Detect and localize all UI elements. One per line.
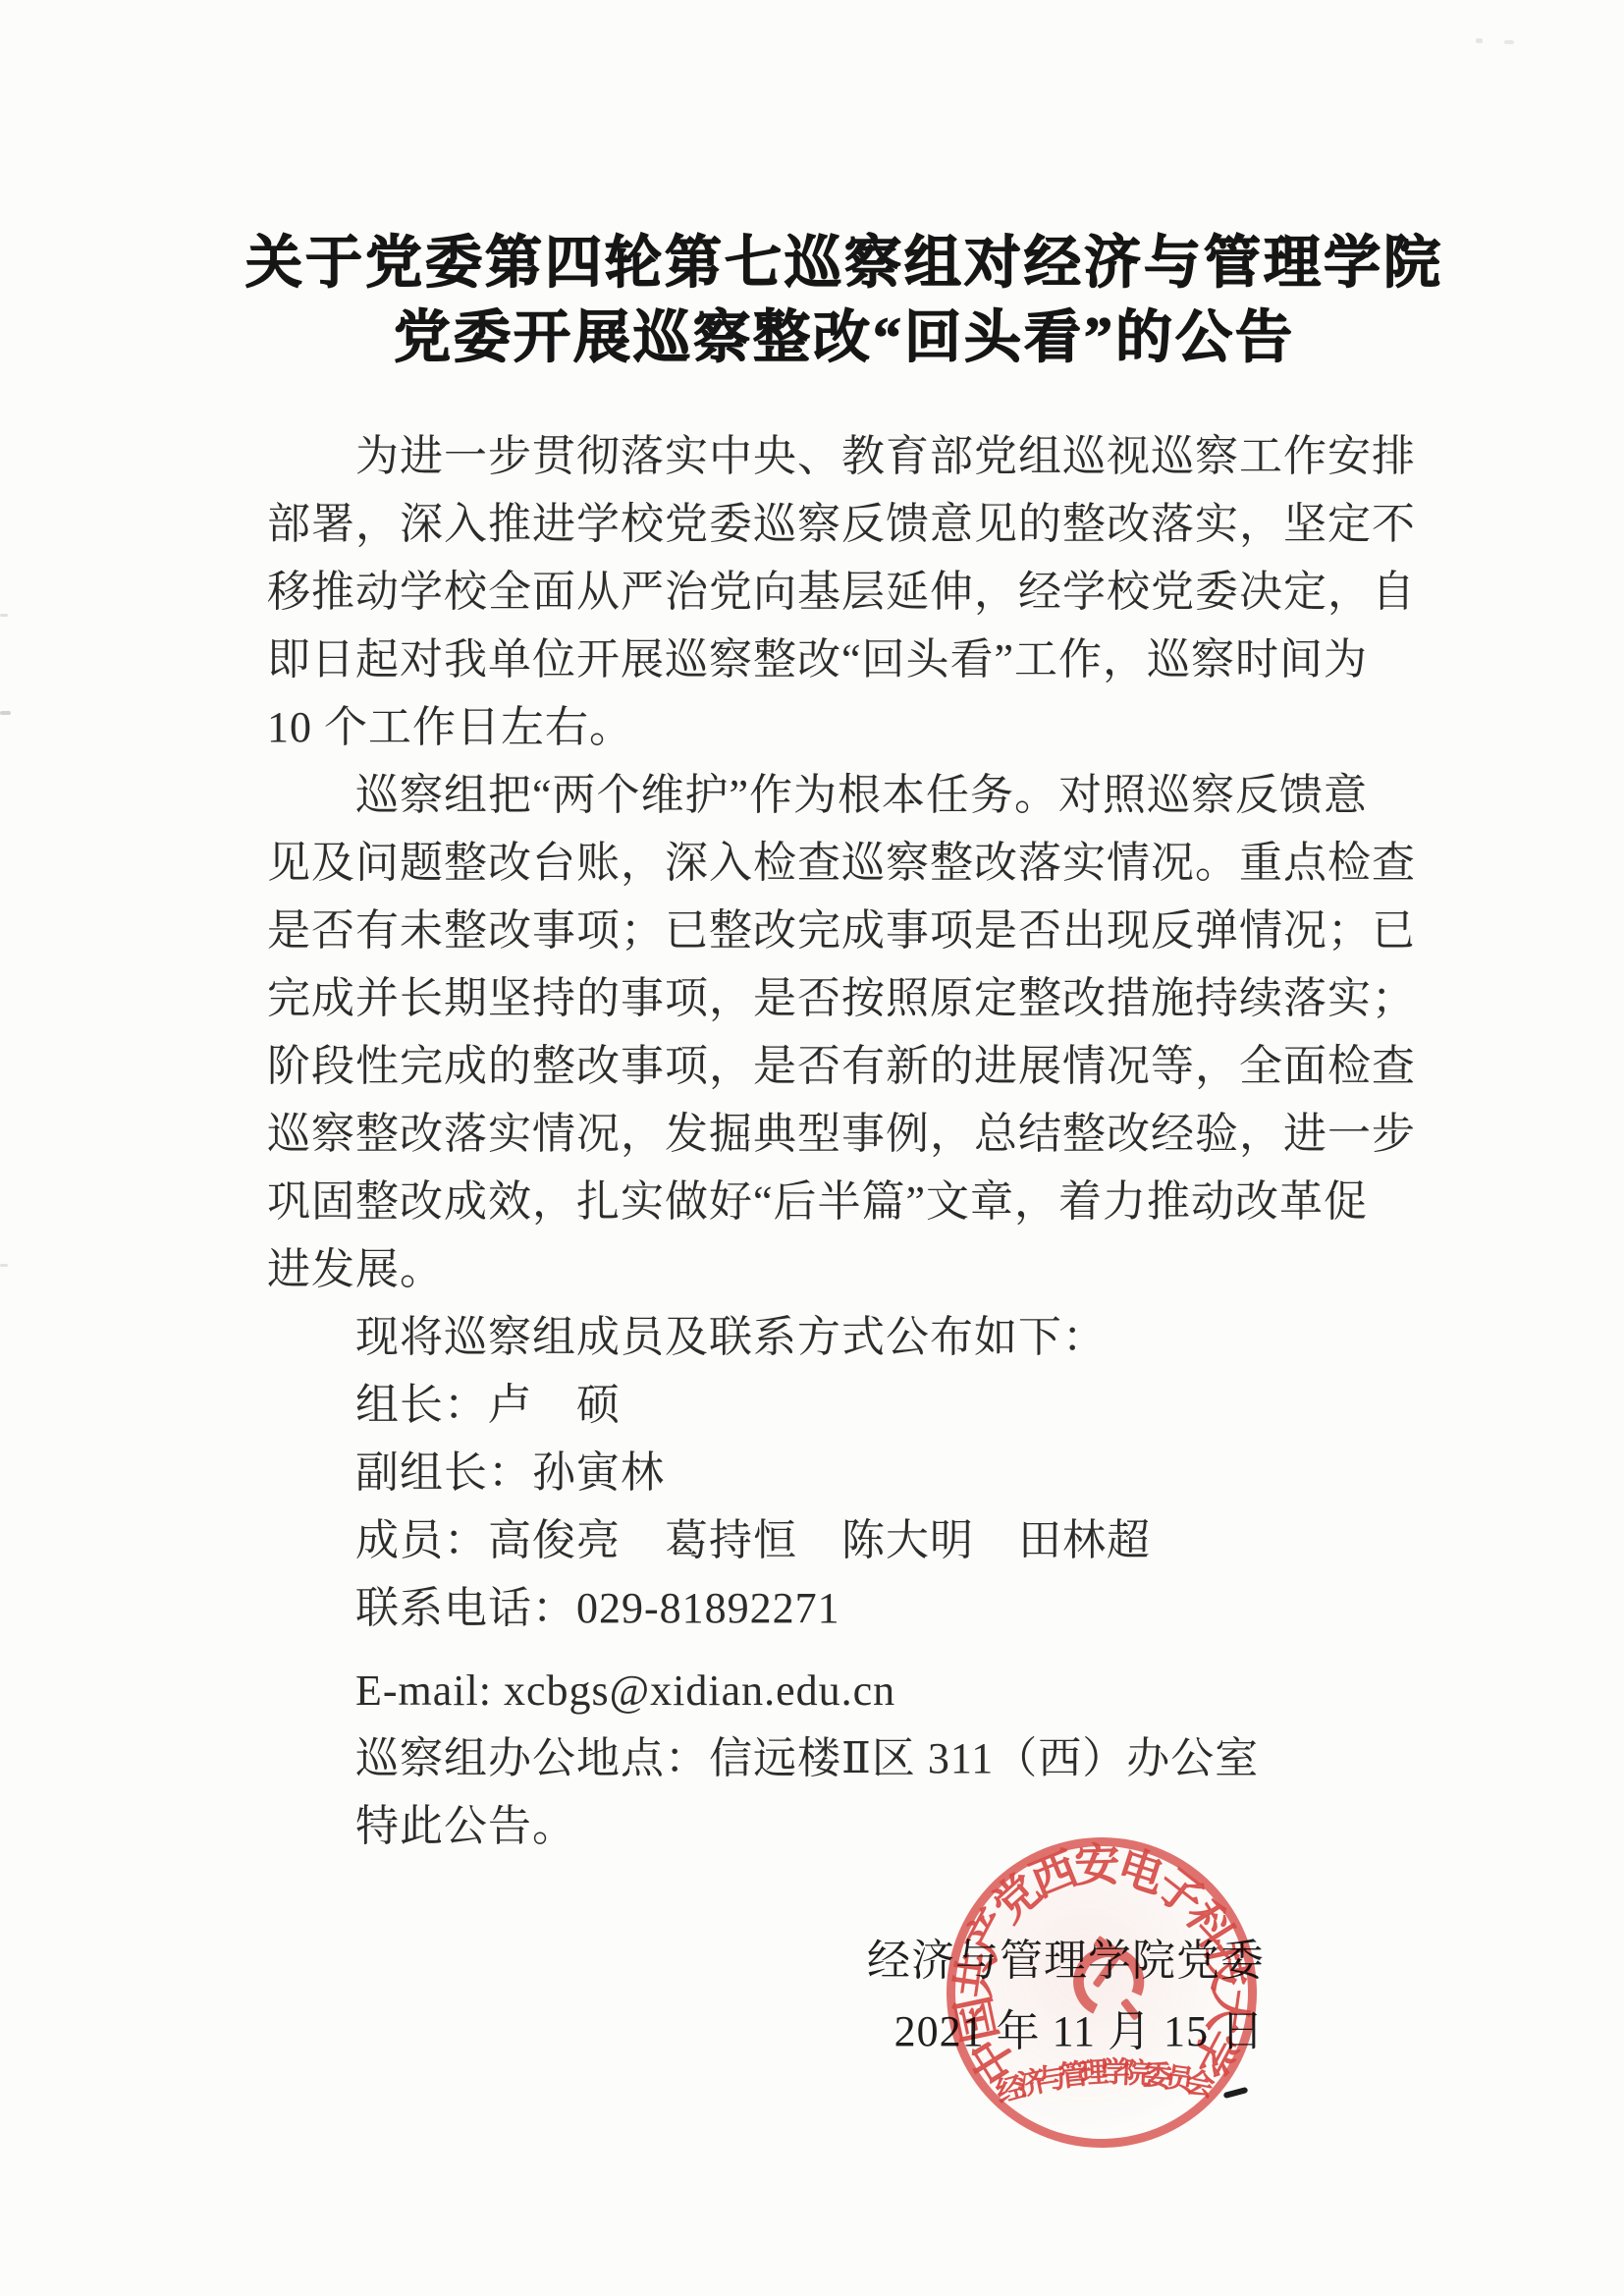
body-line: 完成并长期坚持的事项，是否按照原定整改措施持续落实； (267, 964, 1435, 1032)
scanned-document-page: 关于党委第四轮第七巡察组对经济与管理学院 党委开展巡察整改“回头看”的公告 为进… (0, 0, 1624, 2296)
body-line: 巩固整改成效，扎实做好“后半篇”文章，着力推动改革促 (267, 1168, 1435, 1235)
body-line: 即日起对我单位开展巡察整改“回头看”工作，巡察时间为 (267, 626, 1435, 693)
body-line-members: 成员：高俊亮 葛持恒 陈大明 田林超 (267, 1506, 1435, 1574)
scan-speck (0, 1264, 8, 1267)
body-line: 是否有未整改事项；已整改完成事项是否出现反弹情况；已 (267, 897, 1435, 964)
body-line-phone: 联系电话：029-81892271 (267, 1574, 1435, 1642)
body-line-deputy-leader: 副组长：孙寅林 (267, 1439, 1435, 1506)
title-line-2: 党委开展巡察整改“回头看”的公告 (32, 301, 1624, 375)
body-line: 10 个工作日左右。 (267, 693, 1435, 761)
body-line-closing: 特此公告。 (267, 1792, 1435, 1860)
scan-speck (0, 711, 11, 715)
body-line-office-location: 巡察组办公地点：信远楼Ⅱ区 311（西）办公室 (267, 1724, 1435, 1792)
title-line-1: 关于党委第四轮第七巡察组对经济与管理学院 (32, 226, 1624, 301)
body-line: 阶段性完成的整改事项，是否有新的进展情况等，全面检查 (267, 1032, 1435, 1100)
scan-speck (0, 614, 8, 617)
body-line: 移推动学校全面从严治党向基层延伸，经学校党委决定，自 (267, 558, 1435, 626)
body-line: 见及问题整改台账，深入检查巡察整改落实情况。重点检查 (267, 829, 1435, 897)
seal-bottom-char: 学 (1102, 2050, 1124, 2091)
body-line: 为进一步贯彻落实中央、教育部党组巡视巡察工作安排 (267, 422, 1435, 490)
body-line: 巡察整改落实情况，发掘典型事例，总结整改经验，进一步 (267, 1100, 1435, 1168)
body-line: 部署，深入推进学校党委巡察反馈意见的整改落实，坚定不 (267, 490, 1435, 558)
scan-speck (1476, 38, 1483, 43)
body-text: 为进一步贯彻落实中央、教育部党组巡视巡察工作安排 部署，深入推进学校党委巡察反馈… (267, 422, 1435, 1860)
seal-bottom-text: 经济与管理学院委员会 (942, 1832, 1263, 2154)
scan-speck (1504, 40, 1514, 44)
official-seal: 中国共产党西安电子科技大学 经济与管理学院委员会 (942, 1832, 1263, 2154)
body-line: 巡察组把“两个维护”作为根本任务。对照巡察反馈意 (267, 761, 1435, 829)
body-line-email: E-mail: xcbgs@xidian.edu.cn (267, 1657, 1435, 1724)
body-line: 现将巡察组成员及联系方式公布如下： (267, 1303, 1435, 1371)
body-line-leader: 组长：卢 硕 (267, 1371, 1435, 1439)
document-title: 关于党委第四轮第七巡察组对经济与管理学院 党委开展巡察整改“回头看”的公告 (32, 226, 1624, 375)
body-line: 进发展。 (267, 1235, 1435, 1303)
seal-bottom-char: 理 (1079, 2050, 1104, 2092)
